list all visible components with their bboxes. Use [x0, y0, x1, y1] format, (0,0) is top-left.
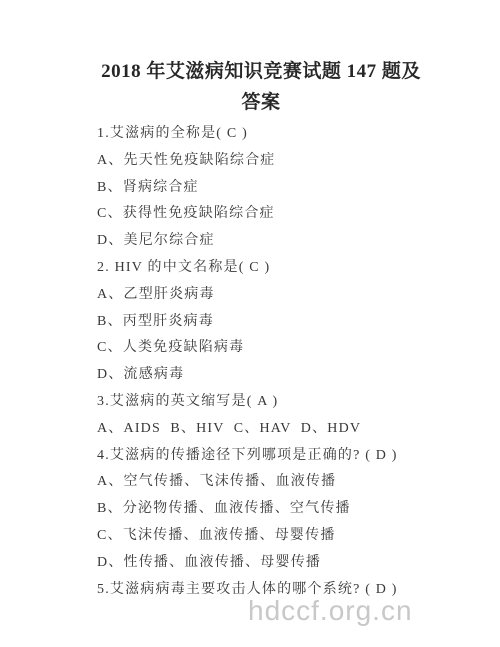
question-list: 1.艾滋病的全称是( C ) A、先天性免疫缺陷综合症 B、肾病综合症 C、获得…	[97, 121, 440, 603]
question-2-text: 2. HIV 的中文名称是( C )	[97, 255, 440, 282]
document-title: 2018 年艾滋病知识竞赛试题 147 题及答案	[96, 0, 426, 118]
question-3-text: 3.艾滋病的英文缩写是( A )	[97, 389, 440, 416]
question-1-option-d: D、美尼尔综合症	[97, 228, 440, 255]
question-4-text: 4.艾滋病的传播途径下列哪项是正确的? ( D )	[97, 443, 440, 470]
question-4-option-b: B、分泌物传播、血液传播、空气传播	[97, 496, 440, 523]
question-4-option-d: D、性传播、血液传播、母婴传播	[97, 550, 440, 577]
question-1-option-a: A、先天性免疫缺陷综合症	[97, 148, 440, 175]
question-2-option-b: B、丙型肝炎病毒	[97, 309, 440, 336]
question-1-option-b: B、肾病综合症	[97, 175, 440, 202]
watermark-text: hdccf.org.cn	[248, 595, 413, 627]
document-page: 2018 年艾滋病知识竞赛试题 147 题及答案 1.艾滋病的全称是( C ) …	[0, 0, 500, 647]
question-3-options-row: A、AIDS B、HIV C、HAV D、HDV	[97, 416, 440, 443]
question-1-text: 1.艾滋病的全称是( C )	[97, 121, 440, 148]
question-block-2: 2. HIV 的中文名称是( C ) A、乙型肝炎病毒 B、丙型肝炎病毒 C、人…	[97, 255, 440, 389]
question-block-3: 3.艾滋病的英文缩写是( A ) A、AIDS B、HIV C、HAV D、HD…	[97, 389, 440, 443]
question-2-option-a: A、乙型肝炎病毒	[97, 282, 440, 309]
question-4-option-c: C、飞沫传播、血液传播、母婴传播	[97, 523, 440, 550]
question-2-option-d: D、流感病毒	[97, 362, 440, 389]
question-1-option-c: C、获得性免疫缺陷综合症	[97, 201, 440, 228]
question-4-option-a: A、空气传播、飞沫传播、血液传播	[97, 469, 440, 496]
question-block-4: 4.艾滋病的传播途径下列哪项是正确的? ( D ) A、空气传播、飞沫传播、血液…	[97, 443, 440, 577]
question-2-option-c: C、人类免疫缺陷病毒	[97, 335, 440, 362]
question-block-1: 1.艾滋病的全称是( C ) A、先天性免疫缺陷综合症 B、肾病综合症 C、获得…	[97, 121, 440, 255]
